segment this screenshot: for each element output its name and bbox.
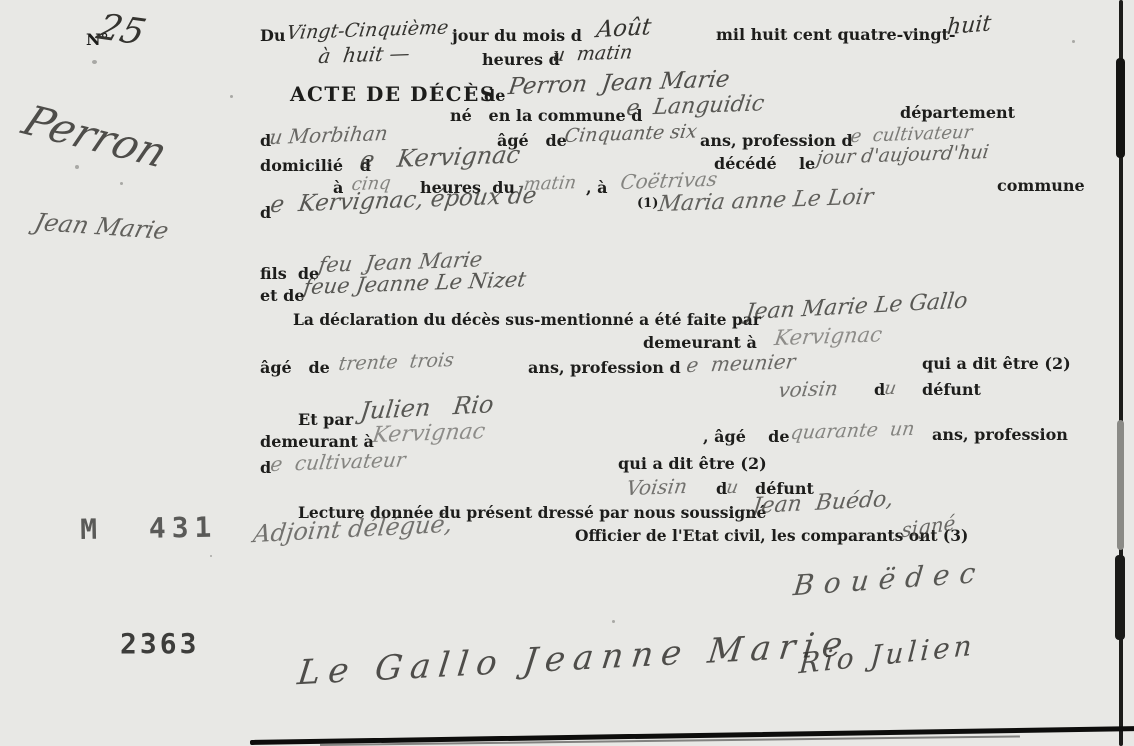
- act-number-value: 25: [93, 10, 150, 51]
- hand-officer-title: Adjoint délégué,: [252, 512, 454, 547]
- printed-et-par: Et par: [298, 412, 353, 428]
- printed-renvoi-1: (1): [637, 197, 658, 210]
- hand-relation-1: voisin: [777, 378, 839, 400]
- printed-heures-d: heures d: [482, 52, 560, 68]
- hand-act-year: huit: [946, 13, 992, 39]
- hand-declarant1-profession: e meunier: [685, 351, 797, 375]
- ink-speck: [75, 165, 79, 169]
- ink-speck: [230, 95, 233, 98]
- printed-qui-a-dit-1: qui a dit être (2): [922, 356, 1071, 372]
- printed-ne-commune: né en la commune d: [450, 108, 642, 124]
- printed-jour-du-mois: jour du mois d: [452, 28, 582, 44]
- margin-deceased-surname: Perron: [17, 100, 174, 174]
- hand-death-place: Coëtrivas: [619, 169, 718, 192]
- printed-ans-profession-3: ans, profession: [932, 427, 1068, 443]
- ink-speck: [92, 60, 97, 64]
- stamp-2363: 2363: [120, 630, 199, 658]
- printed-acte-title: ACTE DE DÉCÈS: [290, 84, 496, 104]
- printed-decede-le: décédé le: [714, 156, 815, 172]
- hand-spouse-name: Maria anne Le Loir: [657, 187, 875, 217]
- ink-speck: [1072, 40, 1075, 43]
- ink-speck: [210, 555, 212, 557]
- hand-relation-2: Voisin: [625, 476, 688, 498]
- hand-declarant1-residence: Kervignac: [773, 324, 883, 349]
- signature-officer: Bouëdec: [792, 559, 987, 601]
- hand-death-day: jour d'aujourd'hui: [815, 143, 990, 168]
- hand-officer-name: Jean Buédo,: [751, 489, 894, 519]
- hand-u-2: u: [725, 479, 740, 497]
- printed-demeurant-1: demeurant à: [643, 335, 757, 351]
- hand-act-day: Vingt-Cinquième: [285, 18, 449, 43]
- hand-domicile-value: e Kervignac: [359, 142, 522, 172]
- printed-ans-profession-2: ans, profession d: [528, 360, 681, 376]
- printed-defunt-1: défunt: [922, 382, 981, 398]
- printed-commune: commune: [997, 178, 1085, 194]
- hand-declarant1-name: Jean Marie Le Gallo: [744, 290, 968, 324]
- hand-age-deceased: Cinquante six: [563, 122, 698, 146]
- printed-de: de: [484, 88, 505, 104]
- hand-act-hour: à huit —: [317, 43, 411, 66]
- binding-knot-middle: [1117, 420, 1124, 550]
- printed-et-de: et de: [260, 288, 305, 304]
- hand-u-matin: u matin: [551, 43, 633, 65]
- printed-qui-a-dit-2: qui a dit être (2): [618, 456, 767, 472]
- hand-mother-name: feue Jeanne Le Nizet: [302, 269, 527, 298]
- printed-mil-huit-cent: mil huit cent quatre-vingt-: [716, 27, 956, 43]
- printed-age-de-3: , âgé de: [703, 429, 790, 445]
- printed-declaration: La déclaration du décès sus-mentionné a …: [293, 312, 761, 328]
- printed-departement: département: [900, 105, 1015, 121]
- ink-speck: [120, 182, 123, 185]
- printed-demeurant-2: demeurant à: [260, 434, 374, 450]
- hand-commune-epoux: e Kervignac, époux de: [269, 185, 538, 217]
- stamp-m431: M 431: [80, 514, 218, 544]
- ink-speck: [612, 620, 615, 623]
- hand-departement-value: u Morbihan: [268, 123, 389, 147]
- printed-virgule-a: , à: [586, 180, 608, 196]
- printed-domicilie: domicilié d: [260, 158, 371, 174]
- ink-speck: [365, 270, 367, 272]
- binding-knot-top: [1116, 58, 1125, 158]
- signature-declarant-1: Le Gallo Jeanne Marie: [296, 627, 852, 690]
- hand-u-1: u: [883, 380, 898, 398]
- hand-act-month: Août: [595, 16, 652, 42]
- binding-knot-lower: [1115, 555, 1125, 640]
- hand-declarant2-profession: e cultivateur: [269, 449, 407, 474]
- hand-declarant1-age: trente trois: [337, 351, 455, 374]
- hand-declarant2-age: quarante un: [789, 420, 915, 443]
- death-certificate-page: N°25DuVingt-Cinquièmejour du mois dAoûtm…: [0, 0, 1134, 746]
- printed-age-de-2: âgé de: [260, 360, 330, 376]
- margin-deceased-firstnames: Jean Marie: [32, 210, 171, 243]
- printed-du: Du: [260, 28, 286, 44]
- hand-declarant2-residence: Kervignac: [371, 421, 487, 447]
- hand-birth-commune: e Languidic: [625, 93, 766, 120]
